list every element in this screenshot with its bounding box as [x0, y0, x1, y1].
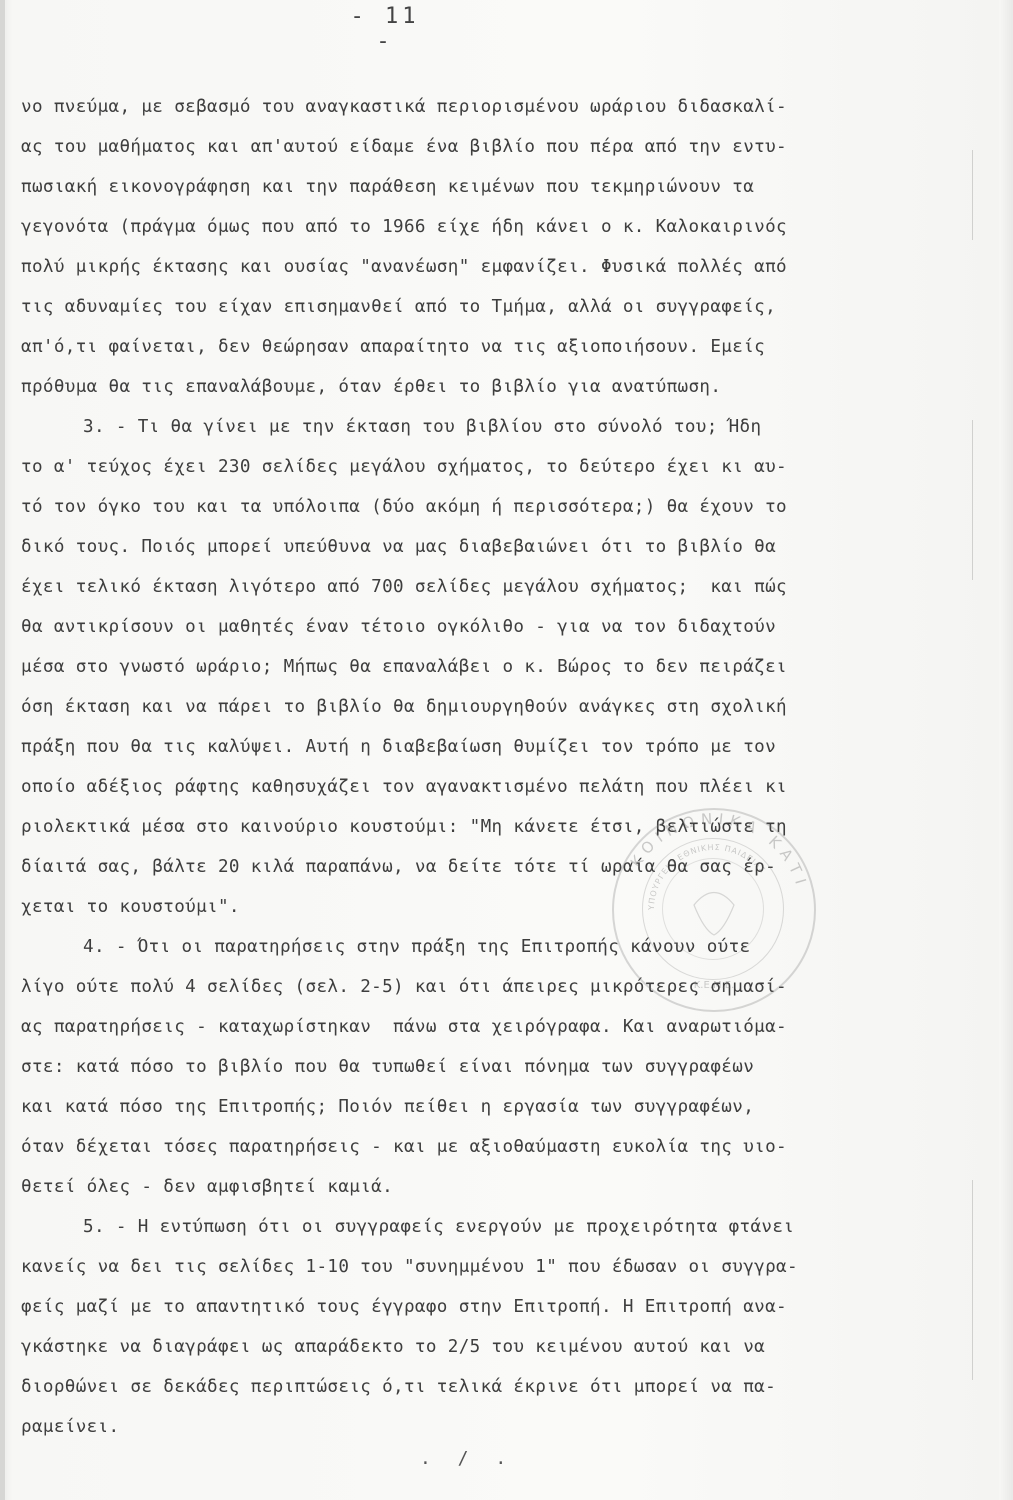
text-line: πολύ μικρής έκτασης και ουσίας "ανανέωση…: [21, 252, 787, 282]
text-line: έχει τελικό έκταση λιγότερο από 700 σελί…: [21, 572, 787, 602]
text-line: ριολεκτικά μέσα στο καινούριο κουστούμι:…: [21, 812, 787, 842]
text-line: νο πνεύμα, με σεβασμό του αναγκαστικά πε…: [21, 92, 787, 122]
text-line: στε: κατά πόσο το βιβλίο που θα τυπωθεί …: [21, 1052, 754, 1082]
scan-artifact: [972, 420, 973, 580]
text-line: ας του μαθήματος και απ'αυτού είδαμε ένα…: [21, 132, 787, 162]
text-line: φείς μαζί με το απαντητικό τους έγγραφο …: [21, 1292, 787, 1322]
scan-artifact: [972, 150, 973, 240]
paragraph-5-start: 5. - Η εντύπωση ότι οι συγγραφείς ενεργο…: [83, 1212, 794, 1242]
scan-artifact: [972, 1180, 973, 1380]
text-line: πρόθυμα θα τις επαναλάβουμε, όταν έρθει …: [21, 372, 721, 402]
text-line: τις αδυναμίες του είχαν επισημανθεί από …: [21, 292, 776, 322]
text-line: δίαιτά σας, βάλτε 20 κιλά παραπάνω, να δ…: [21, 852, 776, 882]
text-line: θα αντικρίσουν οι μαθητές έναν τέτοιο ογ…: [21, 612, 776, 642]
text-line: δικό τους. Ποιός μπορεί υπεύθυνα να μας …: [21, 532, 776, 562]
text-line: ας παρατηρήσεις - καταχωρίστηκαν πάνω στ…: [21, 1012, 787, 1042]
end-of-page-mark: . / .: [420, 1448, 514, 1469]
paragraph-4-start: 4. - Ότι οι παρατηρήσεις στην πράξη της …: [83, 932, 750, 962]
paragraph-3-start: 3. - Τι θα γίνει με την έκταση του βιβλί…: [83, 412, 761, 442]
page-number: - 11 -: [340, 4, 430, 54]
text-line: λίγο ούτε πολύ 4 σελίδες (σελ. 2-5) και …: [21, 972, 787, 1002]
text-line: γεγονότα (πράγμα όμως που από το 1966 εί…: [21, 212, 787, 242]
text-line: κανείς να δει τις σελίδες 1-10 του "συνη…: [21, 1252, 798, 1282]
text-line: θετεί όλες - δεν αμφισβητεί καμιά.: [21, 1172, 393, 1202]
text-line: όση έκταση και να πάρει το βιβλίο θα δημ…: [21, 692, 787, 722]
text-line: ραμείνει.: [21, 1412, 119, 1442]
text-line: γκάστηκε να διαγράφει ως απαράδεκτο το 2…: [21, 1332, 765, 1362]
scan-right-edge: [999, 0, 1013, 1500]
text-line: το α' τεύχος έχει 230 σελίδες μεγάλου σχ…: [21, 452, 787, 482]
text-line: και κατά πόσο της Επιτροπής; Ποιόν πείθε…: [21, 1092, 754, 1122]
text-line: πωσιακή εικονογράφηση και την παράθεση κ…: [21, 172, 754, 202]
text-line: τό τον όγκο του και τα υπόλοιπα (δύο ακό…: [21, 492, 787, 522]
text-line: διορθώνει σε δεκάδες περιπτώσεις ό,τι τε…: [21, 1372, 776, 1402]
scan-left-edge: [0, 0, 5, 1500]
text-line: όταν δέχεται τόσες παρατηρήσεις - και με…: [21, 1132, 787, 1162]
text-line: μέσα στο γνωστό ωράριο; Μήπως θα επαναλά…: [21, 652, 787, 682]
document-page: - 11 - νο πνεύμα, με σεβασμό του αναγκασ…: [0, 0, 1013, 1500]
text-line: χεται το κουστούμι".: [21, 892, 240, 922]
text-line: απ'ό,τι φαίνεται, δεν θεώρησαν απαραίτητ…: [21, 332, 765, 362]
text-line: οποίο αδέξιος ράφτης καθησυχάζει τον αγα…: [21, 772, 787, 802]
text-line: πράξη που θα τις καλύψει. Αυτή η διαβεβα…: [21, 732, 776, 762]
